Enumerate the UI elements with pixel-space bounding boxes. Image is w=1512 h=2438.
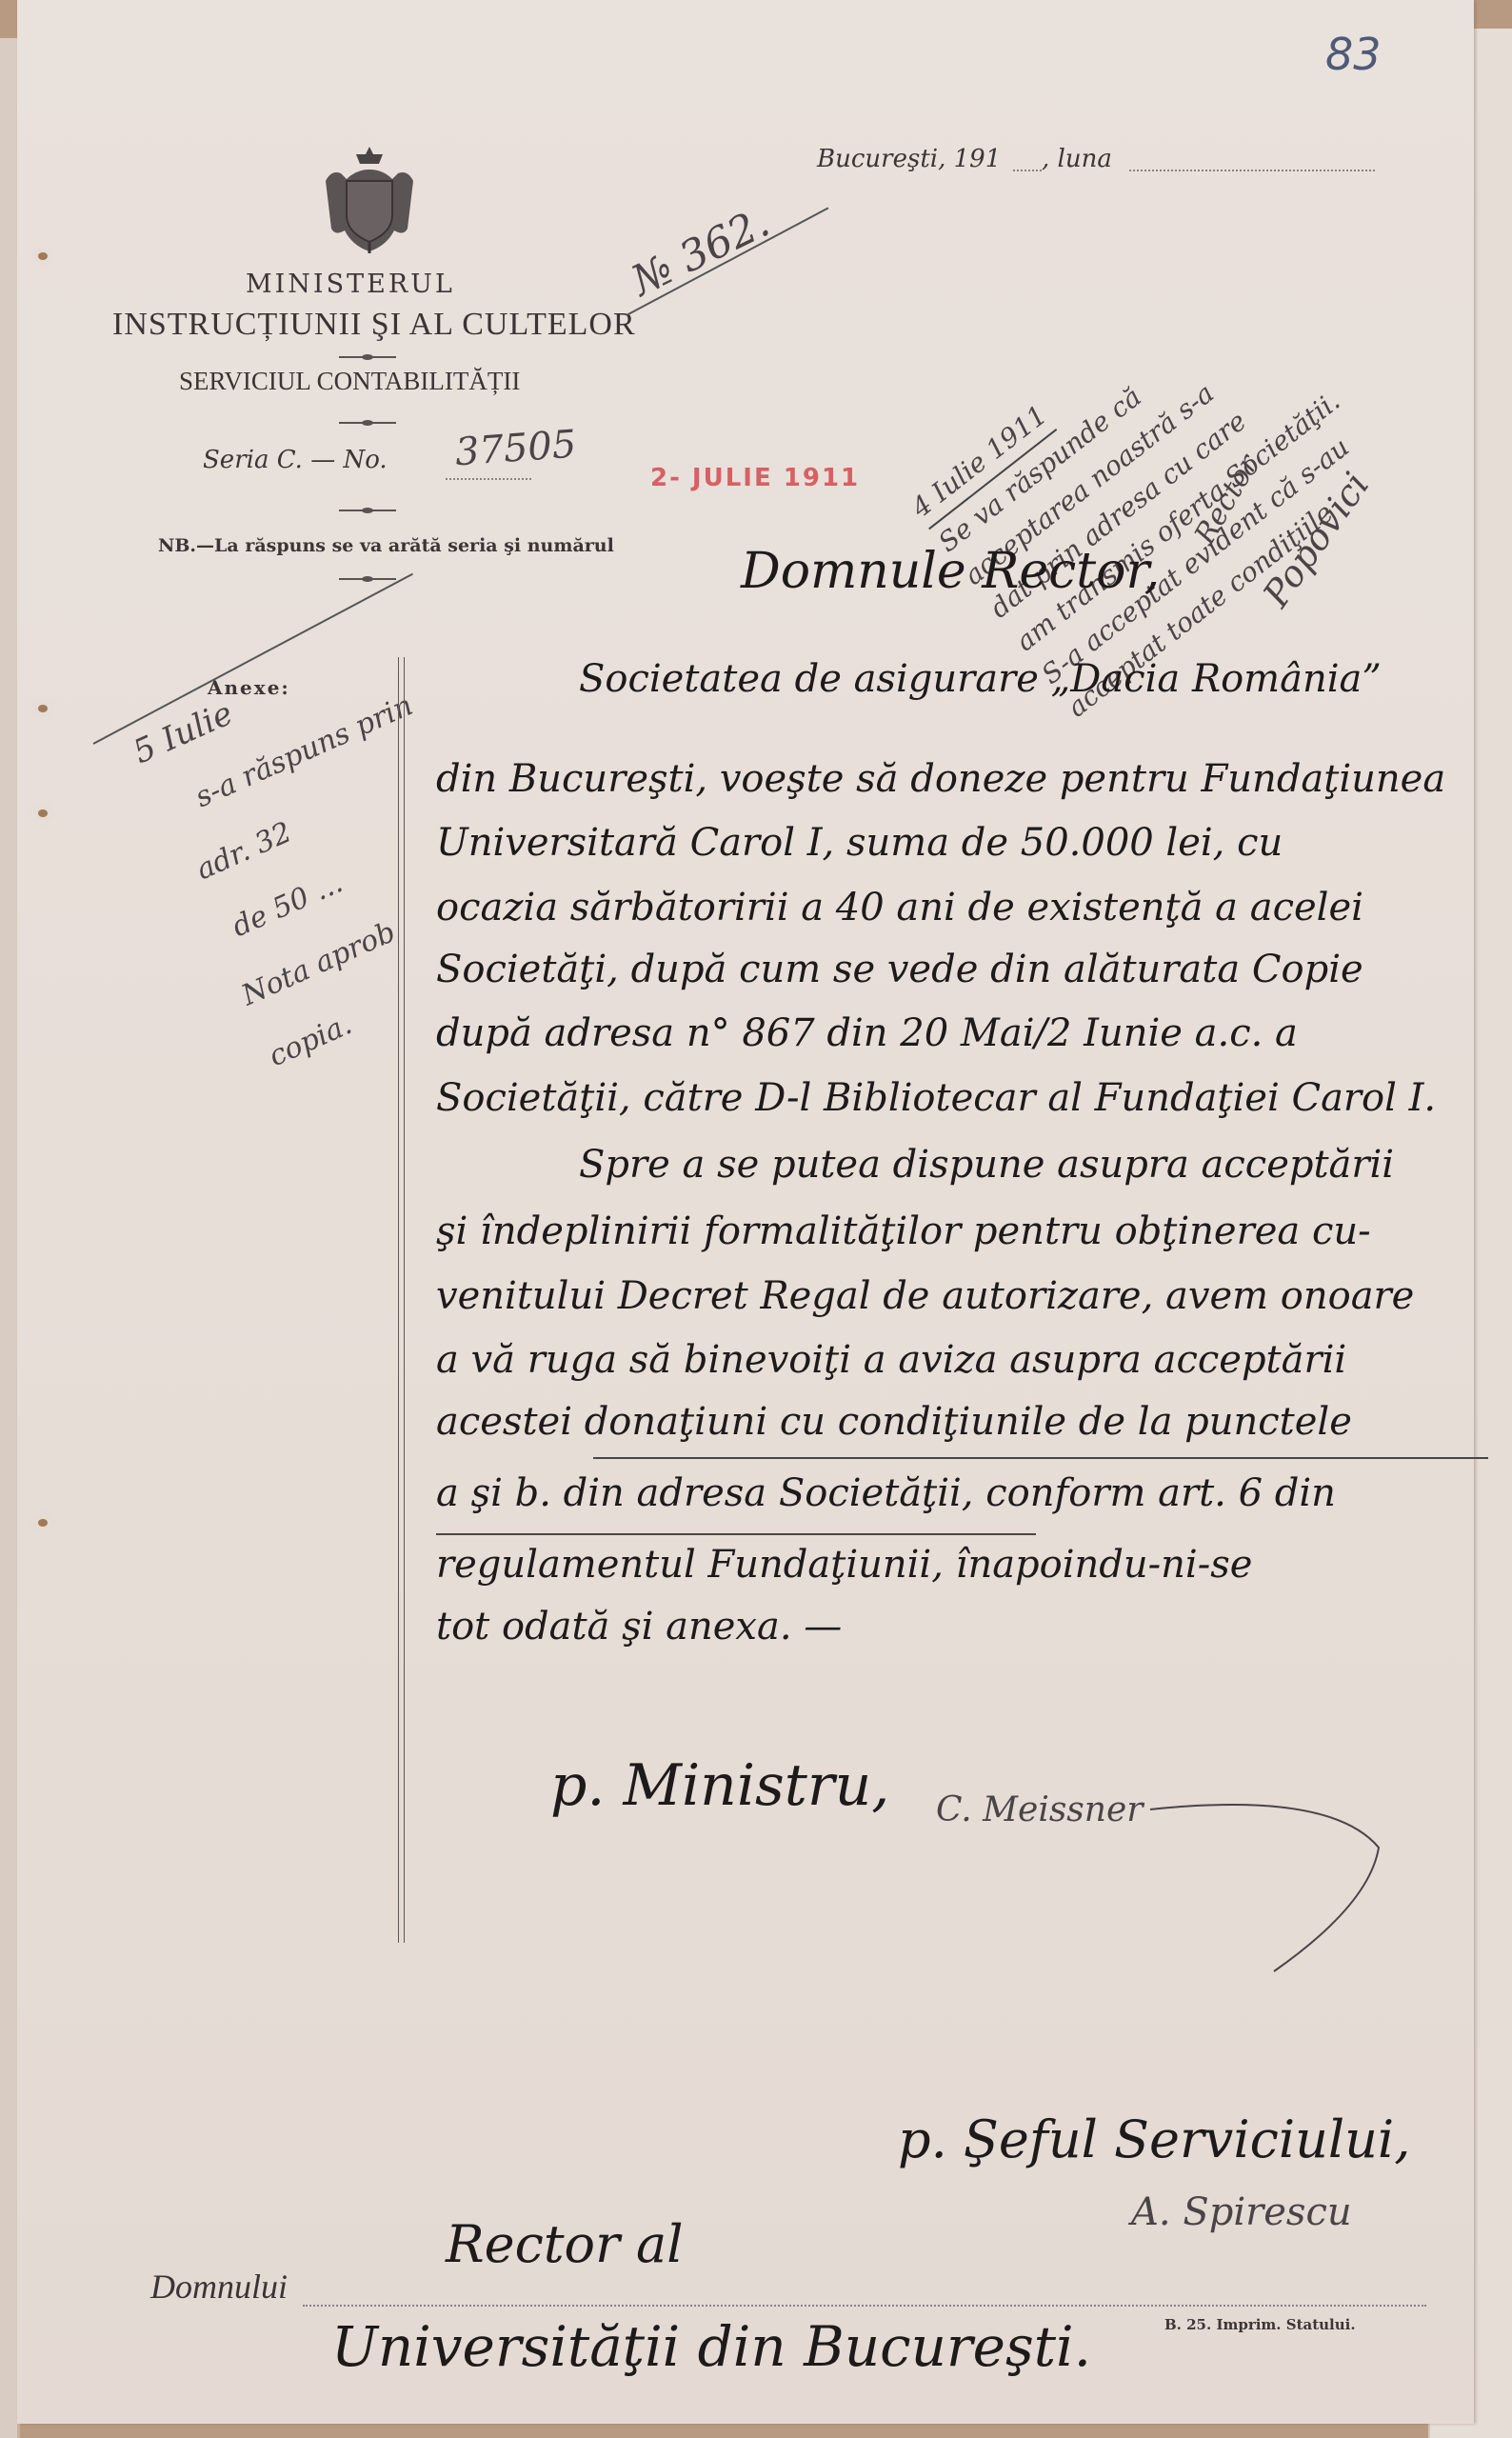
body-line: regulamentul Fundaţiunii, înapoindu-ni-s… [436,1543,1252,1587]
series-number: 37505 [454,423,578,475]
punch-hole [38,252,48,260]
punch-hole [38,705,48,712]
printer-mark: B. 25. Imprim. Statului. [1164,2316,1356,2333]
ornament-divider [339,356,396,358]
month-field [1129,170,1375,171]
body-line: Universitară Carol I, suma de 50.000 lei… [436,821,1283,865]
minister-signature: C. Meissner [936,1790,1143,1829]
addressee-line2: Universităţii din Bucureşti. [331,2314,1091,2379]
ornament-divider [339,578,396,580]
body-line: ocazia sărbătoririi a 40 ani de existenţ… [436,886,1363,929]
body-line: a vă ruga să binevoiţi a aviza asupra ac… [436,1338,1346,1382]
ministry-name: INSTRUCȚIUNII ŞI AL CULTELOR [112,307,636,343]
document-page: 83 MINISTERUL INSTRUCȚIUNII ŞI AL CULTEL… [17,0,1474,2424]
date-stamp: 2- JULIE 1911 [650,464,860,492]
body-line: tot odată şi anexa. — [436,1605,842,1649]
punch-hole [38,809,48,817]
body-line: Societăţii, către D-l Bibliotecar al Fun… [436,1076,1436,1120]
month-label: , luna [1042,145,1112,173]
place-date-printed: Bucureşti, 191 [817,145,1001,173]
addressee-line1: Rector al [446,2214,684,2274]
body-line: a şi b. din adresa Societăţii, conform a… [436,1471,1336,1515]
year-field [1013,170,1042,171]
salutation: Domnule Rector, [741,543,1160,600]
coat-of-arms-icon [312,143,427,257]
service-name: SERVICIUL CONTABILITĂȚII [179,367,520,396]
body-line: după adresa n° 867 din 20 Mai/2 Iunie a.… [436,1011,1298,1055]
margin-rule [398,657,405,1943]
minister-label: p. Ministru, [550,1752,889,1819]
punch-hole [38,1519,48,1527]
conditions-underline [436,1533,1036,1535]
body-line: venitului Decret Regal de autorizare, av… [436,1274,1414,1318]
conditions-underline [593,1457,1488,1459]
addressee-printed: Domnului [150,2267,288,2307]
body-line: din Bucureşti, voeşte să doneze pentru F… [436,757,1445,801]
series-number-field [446,478,531,480]
nb-note: NB.—La răspuns se va arătă seria şi numă… [158,535,614,556]
body-line: Spre a se putea dispune asupra acceptări… [579,1143,1394,1187]
page-number: 83 [1325,29,1382,80]
body-line: Societatea de asigurare „Dacia România” [579,657,1382,701]
signature-flourish [1141,1790,1388,1981]
body-line: Societăţi, după cum se vede din alăturat… [436,948,1363,991]
addressee-field [303,2305,1426,2307]
ornament-divider [339,422,396,424]
ministry-title: MINISTERUL [246,270,455,299]
body-line: acestei donaţiuni cu condiţiunile de la … [436,1400,1352,1444]
body-line: şi îndeplinirii formalităţilor pentru ob… [436,1209,1371,1253]
chief-of-service-signature: A. Spirescu [1131,2190,1352,2234]
ornament-divider [339,510,396,511]
chief-of-service-label: p. Şeful Serviciului, [898,2109,1410,2169]
series-label: Seria C. — No. [203,446,388,474]
registry-number: № 362. [625,198,777,306]
